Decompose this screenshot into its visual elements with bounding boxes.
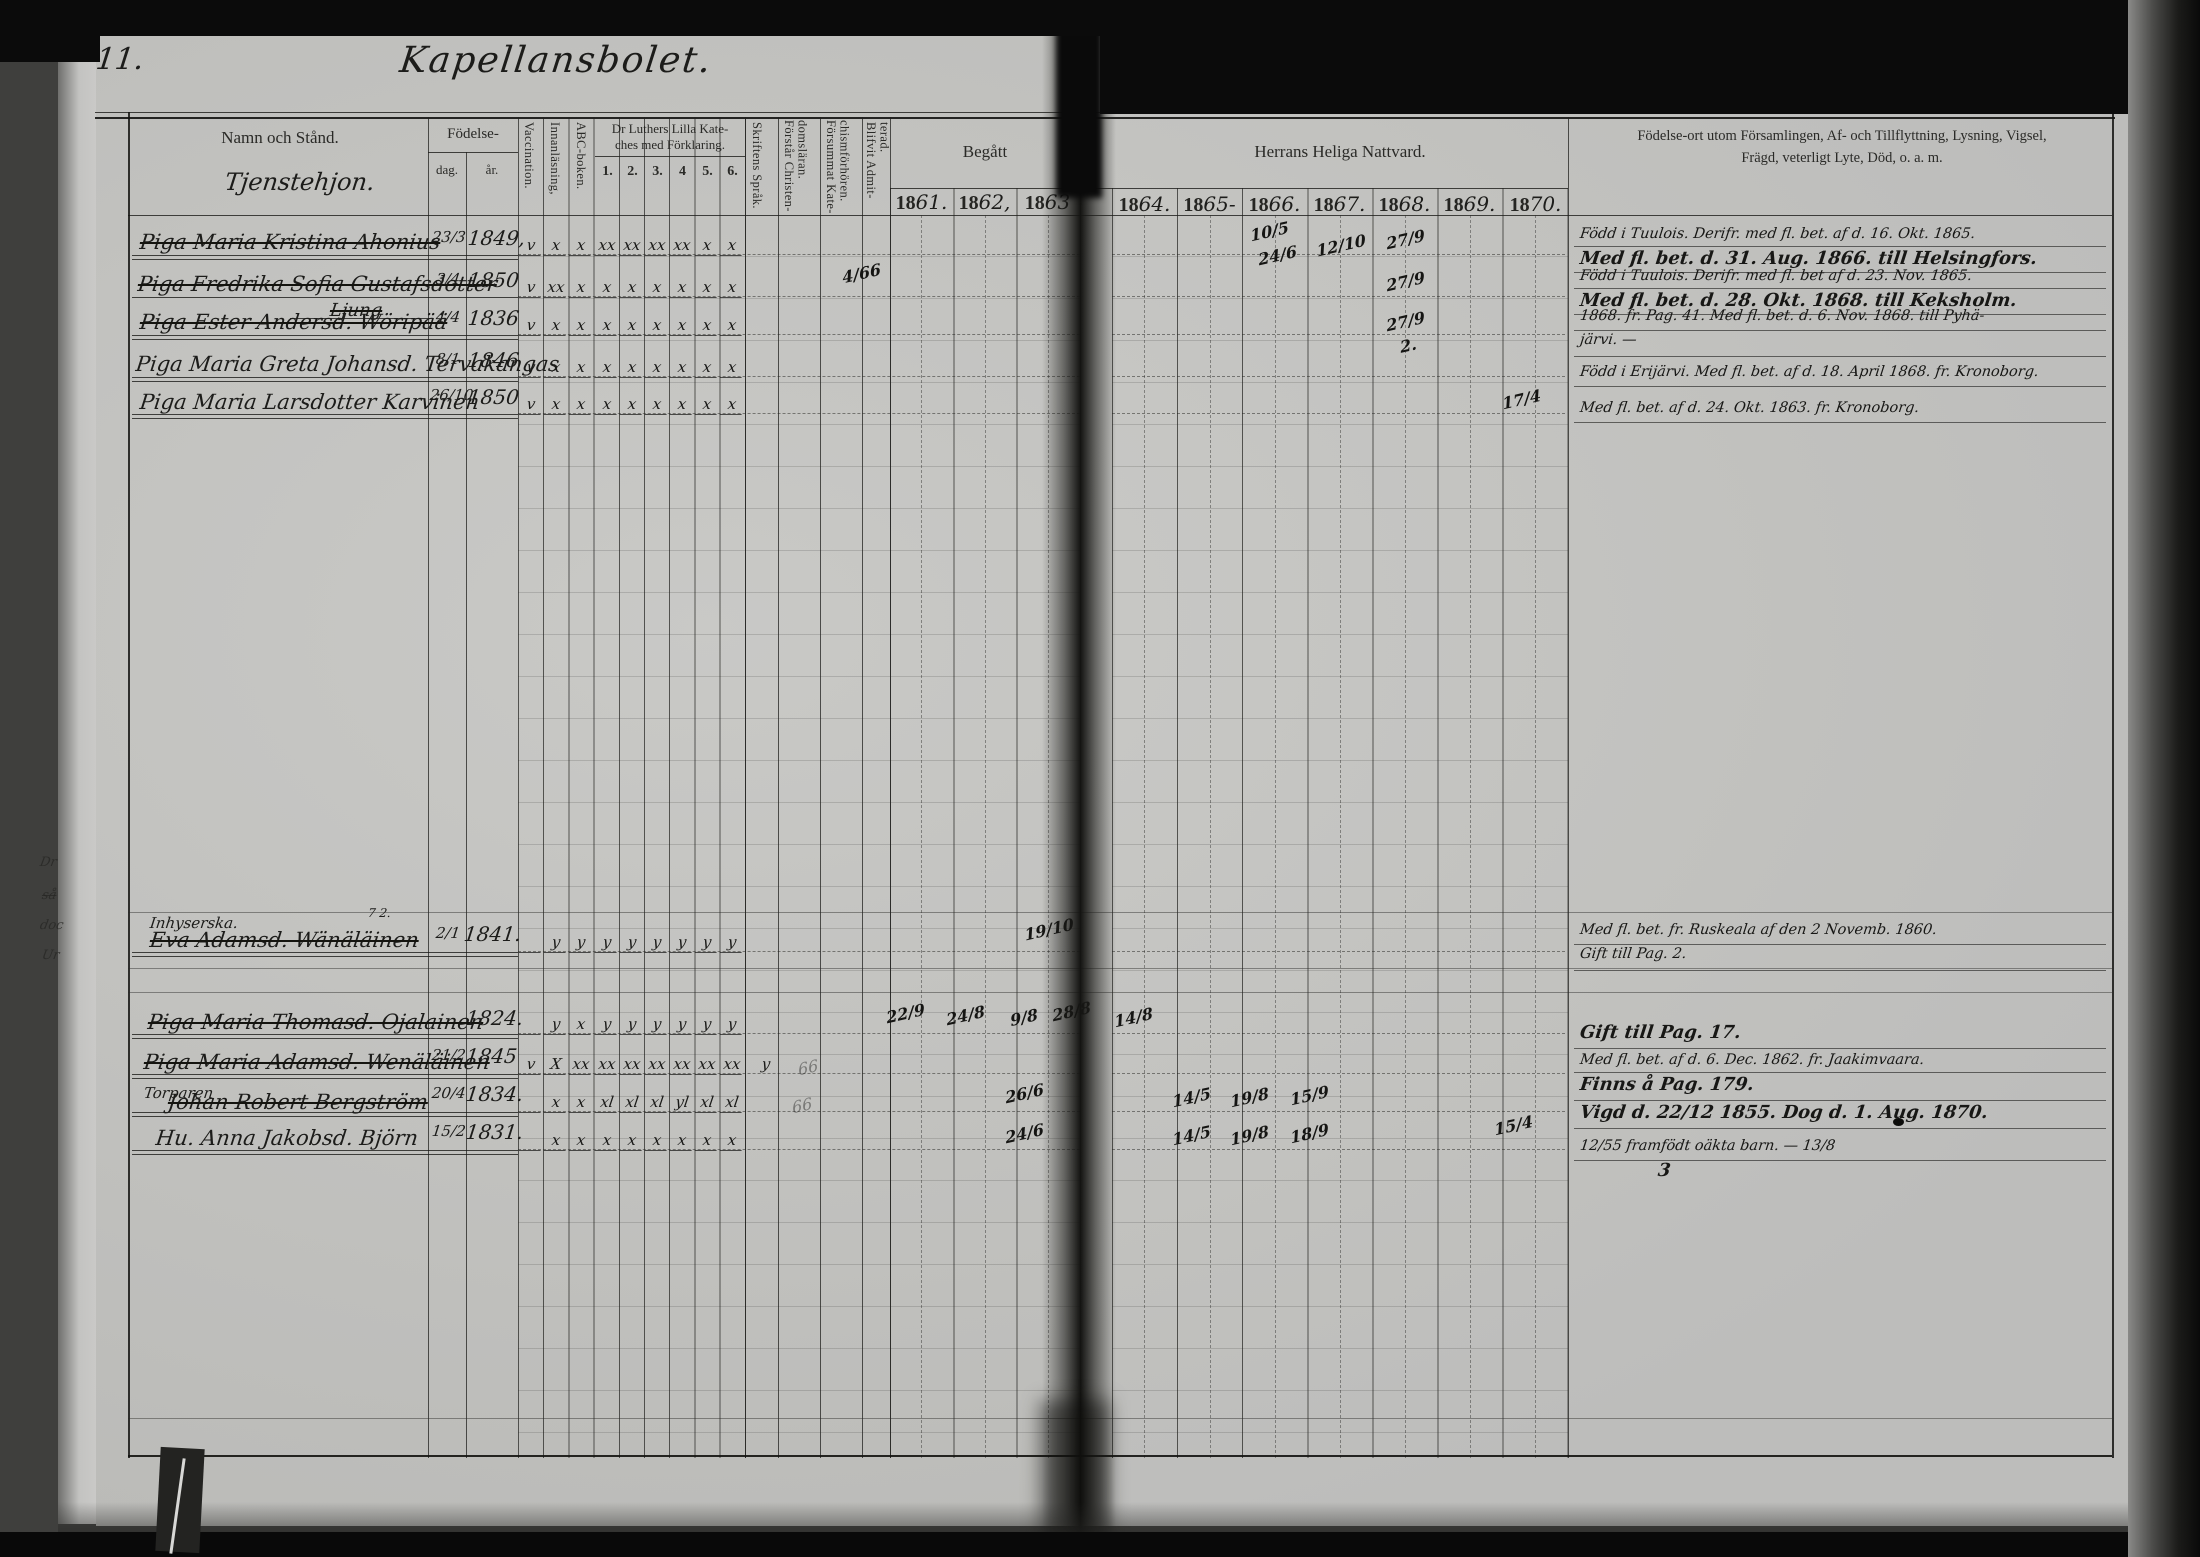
mark-reading: x — [544, 315, 569, 336]
row-underline — [132, 259, 518, 260]
margin-note: så — [41, 888, 58, 903]
mark-cat5: y — [695, 1014, 720, 1035]
row-dashes — [1112, 296, 1565, 297]
mark-cat4: x — [670, 315, 695, 336]
row-birth-day: 23/3 — [431, 228, 467, 246]
row-note: Född i Tuulois. Derifr. med fl. bet. af … — [1579, 226, 1976, 242]
row-birth-year: 1841. — [463, 922, 523, 946]
mark-cat5: x — [695, 235, 720, 256]
mark-cat5: y — [695, 932, 720, 953]
mark-cat3: y — [645, 1014, 670, 1035]
row-underline — [132, 952, 518, 953]
mark-cat5: x — [695, 315, 720, 336]
rule — [128, 992, 2112, 993]
column-header-birth: Födelse- — [428, 126, 518, 143]
notes-header-line2: Frägd, veterligt Lyte, Död, o. a. m. — [1578, 150, 2106, 167]
column-header-year: år. — [466, 162, 518, 178]
row-birth-year: 1845 — [465, 1044, 519, 1068]
row-dashes — [1112, 376, 1565, 377]
row-note: Med fl. bet. af d. 24. Okt. 1863. fr. Kr… — [1579, 400, 1920, 416]
row-name: Eva Adamsd. Wänäläinen — [149, 928, 421, 952]
mark-scripture: y — [754, 1054, 779, 1074]
row-underline — [132, 1154, 518, 1155]
row-note: Vigd d. 22/12 1855. Dog d. 1. Aug. 1870. — [1579, 1102, 1989, 1123]
group-heading: Tjenstehjon. — [223, 168, 376, 196]
mark-cat2: y — [620, 932, 645, 953]
mark-cat4: x — [670, 277, 695, 298]
mark-cat4: x — [670, 394, 695, 415]
note-underline — [1574, 422, 2106, 423]
mark-cat2: xx — [620, 1054, 645, 1075]
row-underline — [132, 418, 518, 419]
mark-cat5: x — [695, 1130, 720, 1151]
row-note: 12/55 framfödt oäkta barn. — 13/8 — [1579, 1138, 1836, 1154]
column-header-name: Namn och Stånd. — [140, 128, 420, 148]
note-underline — [1574, 330, 2106, 331]
row-underline — [132, 1112, 518, 1113]
mark-cat2: y — [620, 1014, 645, 1035]
row-dashes — [518, 413, 1080, 414]
mark-cat2: x — [620, 357, 645, 378]
row-dashes — [1112, 1073, 1565, 1074]
row-superscript: 7 2. — [367, 906, 392, 920]
mark-cat2: x — [620, 277, 645, 298]
grid-line — [1568, 117, 1569, 1458]
mark-abc: y — [569, 932, 594, 953]
mark-cat6: x — [720, 394, 745, 415]
mark-cat2: x — [620, 315, 645, 336]
scan-corner-top-left — [0, 0, 100, 62]
row-dashes — [518, 334, 1080, 335]
mark-reading: y — [544, 1014, 569, 1035]
mark-reading: y — [544, 932, 569, 953]
mark-reading: x — [544, 1092, 569, 1113]
column-header-nattvard: Herrans Heliga Nattvard. — [1150, 142, 1530, 162]
scanned-parish-register: 11. Kapellansbolet. Namn och Stånd. Tjen… — [0, 0, 2200, 1557]
row-dashes — [518, 951, 1080, 952]
mark-cat4: xx — [670, 235, 695, 256]
mark-cat1: x — [595, 357, 620, 378]
mark-vaccination: v — [519, 1054, 544, 1075]
column-header-day: dag. — [428, 162, 466, 178]
mark-cat3: x — [645, 277, 670, 298]
row-note: Finns å Pag. 179. — [1579, 1074, 1755, 1095]
mark-cat5: x — [695, 357, 720, 378]
mark-cat3: y — [645, 932, 670, 953]
row-birth-day: 8/1 — [435, 350, 461, 368]
rule — [128, 912, 2112, 913]
note-underline — [1574, 246, 2106, 247]
mark-cat3: x — [645, 315, 670, 336]
mark-cat3: x — [645, 394, 670, 415]
row-dashes — [1112, 1149, 1565, 1150]
note-underline — [1574, 1100, 2106, 1101]
row-dashes — [518, 254, 1080, 255]
page-title: Kapellansbolet. — [397, 40, 714, 81]
row-underline — [132, 335, 518, 336]
notes-header-line1: Födelse-ort utom Församlingen, Af- och T… — [1578, 128, 2106, 145]
row-birth-year: 1824. — [465, 1006, 525, 1030]
note-underline — [1574, 386, 2106, 387]
note-underline — [1574, 1072, 2106, 1073]
mark-cat5: xl — [695, 1092, 720, 1113]
row-note: Född i Tuulois. Derifr. med fl. bet af d… — [1579, 268, 1973, 284]
column-header-admitted: Blifvit Admit- terad. — [864, 122, 890, 214]
mark-vaccination: v — [519, 394, 544, 415]
row-dashes — [1112, 951, 1565, 952]
mark-abc: x — [569, 1130, 594, 1151]
row-underline — [132, 1074, 518, 1075]
row-birth-year: 1850 — [467, 268, 521, 292]
mark-cat1: x — [595, 277, 620, 298]
row-underline — [132, 956, 518, 957]
row-underline — [132, 1116, 518, 1117]
row-birth-day: 2/1 — [435, 924, 461, 942]
mark-reading: x — [544, 1130, 569, 1151]
row-underline — [132, 1078, 518, 1079]
mark-reading: x — [544, 394, 569, 415]
mark-reading: x — [544, 235, 569, 256]
mark-vaccination: v — [519, 357, 544, 378]
row-guides — [1112, 215, 1568, 1458]
grid-line — [128, 112, 130, 1458]
row-dashes — [1112, 1111, 1565, 1112]
row-underline — [132, 297, 518, 298]
row-note: 1868. fr. Pag. 41. Med fl. bet. d. 6. No… — [1579, 308, 1985, 324]
row-note: Med fl. bet. fr. Ruskeala af den 2 Novem… — [1579, 922, 1938, 938]
mark-cat1: y — [595, 932, 620, 953]
mark-reading: xx — [544, 277, 569, 298]
rule — [128, 1418, 2112, 1419]
mark-abc: x — [569, 315, 594, 336]
mark-vaccination — [519, 1130, 544, 1151]
mark-cat6: x — [720, 277, 745, 298]
row-note: järvi. — — [1579, 332, 1638, 348]
note-underline — [1574, 1128, 2106, 1129]
mark-cat4: y — [670, 932, 695, 953]
row-underline — [132, 381, 518, 382]
mark-vaccination — [519, 932, 544, 953]
row-birth-year: 1850 — [467, 385, 521, 409]
row-birth-day: 15/2 — [431, 1122, 467, 1140]
mark-cat6: xl — [720, 1092, 745, 1113]
mark-vaccination — [519, 1014, 544, 1035]
margin-note: doc — [39, 918, 65, 933]
mark-abc: x — [569, 277, 594, 298]
row-name: Piga Ester Andersd. Wöripää — [139, 310, 449, 334]
row-name: Hu. Anna Jakobsd. Björn — [155, 1126, 420, 1150]
column-header-scripture: Skriftens Språk. — [750, 122, 763, 214]
mark-abc: x — [569, 357, 594, 378]
mark-cat6: x — [720, 235, 745, 256]
row-birth-day: 21/2 — [431, 1046, 467, 1064]
scan-border-top-right — [1100, 0, 2200, 114]
row-dashes — [518, 1149, 1080, 1150]
mark-cat5: x — [695, 394, 720, 415]
mark-cat3: x — [645, 357, 670, 378]
mark-cat5: x — [695, 277, 720, 298]
row-name: Piga Maria Kristina Ahonius — [139, 230, 442, 254]
row-underline — [132, 339, 518, 340]
margin-note: Ur — [41, 948, 61, 963]
rule — [128, 968, 2112, 969]
scan-border-bottom — [0, 1532, 2200, 1557]
row-birth-year: 1849, — [467, 226, 527, 250]
row-note: Gift till Pag. 17. — [1579, 1022, 1742, 1043]
mark-cat4: yl — [670, 1092, 695, 1113]
mark-cat6: y — [720, 932, 745, 953]
row-dashes — [1112, 413, 1565, 414]
row-underline — [132, 255, 518, 256]
mark-cat6: x — [720, 1130, 745, 1151]
mark-cat1: xl — [595, 1092, 620, 1113]
column-header-understands: Förstår Christen- domsläran. — [782, 120, 820, 216]
page-number: 11. — [94, 42, 146, 77]
mark-vaccination: v — [519, 315, 544, 336]
row-name: Piga Maria Thomasd. Ojalainen — [147, 1010, 485, 1034]
row-underline — [132, 1150, 518, 1151]
note-underline — [1574, 944, 2106, 945]
row-dashes — [518, 1073, 1080, 1074]
mark-cat3: xl — [645, 1092, 670, 1113]
mark-cat1: x — [595, 315, 620, 336]
mark-abc: x — [569, 1014, 594, 1035]
mark-cat1: y — [595, 1014, 620, 1035]
row-name: Johan Robert Bergström — [167, 1090, 430, 1114]
mark-cat2: xl — [620, 1092, 645, 1113]
communion-entry: 2. — [1399, 334, 1418, 357]
column-header-missed: Försummat Kate- chismförhören. — [824, 120, 862, 216]
mark-vaccination — [519, 1092, 544, 1113]
row-dashes — [518, 1111, 1080, 1112]
mark-cat3: xx — [645, 1054, 670, 1075]
mark-cat1: x — [595, 394, 620, 415]
mark-abc: x — [569, 1092, 594, 1113]
margin-note: Dr — [39, 855, 58, 870]
row-birth-year: 1831. — [465, 1120, 525, 1144]
mark-cat6: y — [720, 1014, 745, 1035]
row-underline — [132, 1038, 518, 1039]
mark-cat1: x — [595, 1130, 620, 1151]
mark-cat3: xx — [645, 235, 670, 256]
row-note: 3 — [1657, 1160, 1672, 1181]
mark-abc: x — [569, 394, 594, 415]
row-note: Född i Erijärvi. Med fl. bet. af d. 18. … — [1579, 364, 2040, 380]
note-underline — [1574, 288, 2106, 289]
mark-vaccination: v — [519, 277, 544, 298]
row-note: Gift till Pag. 2. — [1579, 946, 1687, 962]
ink-blot — [1893, 1118, 1904, 1126]
book-edge-right — [2128, 0, 2200, 1557]
row-underline — [132, 377, 518, 378]
note-underline — [1574, 356, 2106, 357]
row-underline — [132, 1034, 518, 1035]
row-note: Med fl. bet. af d. 6. Dec. 1862. fr. Jaa… — [1579, 1052, 1925, 1068]
mark-vaccination: v — [519, 235, 544, 256]
mark-cat2: x — [620, 1130, 645, 1151]
row-birth-year: 1834. — [465, 1082, 525, 1106]
mark-reading: X — [544, 1054, 569, 1075]
row-birth-day: 20/4 — [431, 1084, 467, 1102]
bookmark-ribbon — [155, 1447, 204, 1553]
row-birth-day: 3/4 — [435, 270, 461, 288]
mark-cat1: xx — [595, 235, 620, 256]
row-dashes — [518, 1033, 1080, 1034]
mark-reading: x — [544, 357, 569, 378]
mark-cat6: x — [720, 357, 745, 378]
mark-cat1: xx — [595, 1054, 620, 1075]
row-dashes — [1112, 1033, 1565, 1034]
page-bottom-shadow — [58, 1502, 2128, 1534]
mark-abc: xx — [569, 1054, 594, 1075]
grid-line — [466, 152, 467, 1458]
mark-cat4: x — [670, 357, 695, 378]
row-birth-year: 1836 — [467, 306, 521, 330]
row-underline — [132, 414, 518, 415]
rule — [128, 1455, 2112, 1457]
row-note: Med fl. bet. d. 31. Aug. 1866. till Hels… — [1579, 248, 2039, 269]
row-dashes — [1112, 334, 1565, 335]
mark-cat3: x — [645, 1130, 670, 1151]
note-underline — [1574, 970, 2106, 971]
book-spine-fold — [1042, 0, 1116, 1557]
mark-cat4: x — [670, 1130, 695, 1151]
row-dashes — [518, 376, 1080, 377]
mark-cat4: y — [670, 1014, 695, 1035]
grid-line — [2112, 112, 2114, 1458]
mark-cat2: x — [620, 394, 645, 415]
note-underline — [1574, 1048, 2106, 1049]
rule — [428, 152, 518, 153]
mark-abc: x — [569, 235, 594, 256]
mark-cat5: xx — [695, 1054, 720, 1075]
row-birth-day: 4/4 — [435, 308, 461, 326]
row-dashes — [518, 296, 1080, 297]
row-birth-year: 1846 — [467, 348, 521, 372]
mark-cat2: xx — [620, 235, 645, 256]
note-underline — [1574, 1160, 2106, 1161]
mark-cat4: xx — [670, 1054, 695, 1075]
mark-cat6: xx — [720, 1054, 745, 1075]
mark-cat6: x — [720, 315, 745, 336]
